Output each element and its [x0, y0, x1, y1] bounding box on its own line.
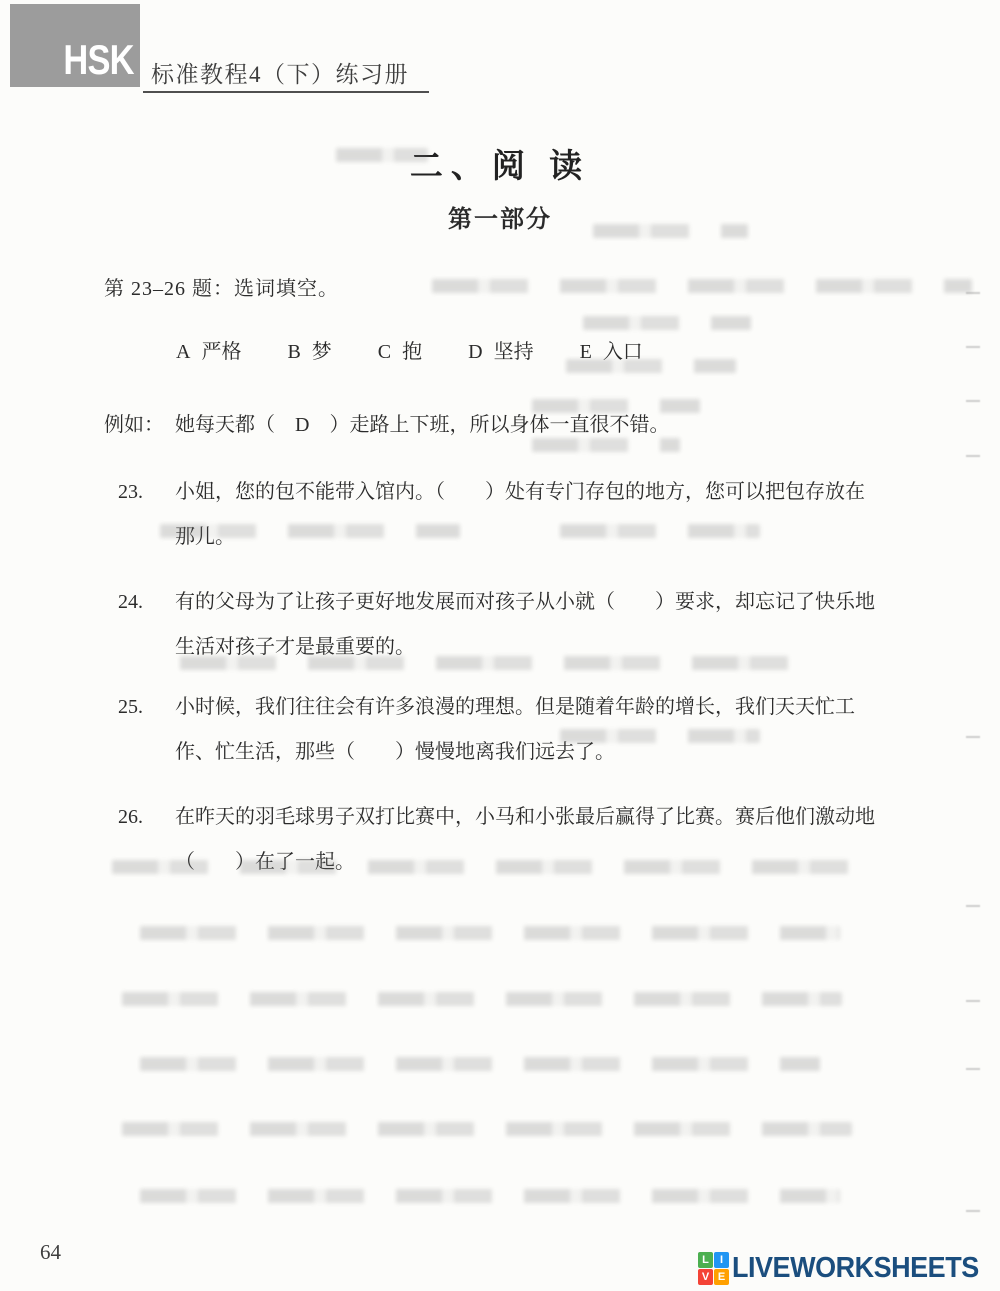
- logo-block-e: E: [714, 1269, 729, 1285]
- question-26-line-1: 在昨天的羽毛球男子双打比赛中，小马和小张最后赢得了比赛。赛后他们激动地: [175, 795, 908, 840]
- question-24-line-1: 有的父母为了让孩子更好地发展而对孩子从小就（ ）要求，却忘记了快乐地: [175, 580, 908, 625]
- section-subtitle: 第一部分: [0, 199, 1000, 234]
- bleed-through-mark: [966, 736, 980, 738]
- bleed-through-row: [532, 399, 700, 413]
- bleed-through-row: [432, 279, 972, 293]
- question-25-line-1: 小时候，我们往往会有许多浪漫的理想。但是随着年龄的增长，我们天天忙工: [175, 685, 908, 730]
- bleed-through-row: [160, 524, 460, 538]
- bleed-through-row: [122, 1122, 852, 1136]
- option-d-word: 坚持: [494, 341, 534, 363]
- liveworksheets-wordmark: LIVEWORKSHEETS: [732, 1252, 979, 1285]
- bleed-through-mark: [966, 1210, 980, 1212]
- question-26-number: 26.: [118, 795, 143, 840]
- option-d: D坚持: [468, 335, 533, 364]
- option-b-letter: B: [287, 341, 300, 363]
- bleed-through-mark: [966, 905, 980, 907]
- hsk-logo: HSK: [10, 4, 140, 87]
- option-a: A严格: [176, 335, 241, 364]
- bleed-through-mark: [966, 1068, 980, 1070]
- logo-block-l: L: [698, 1252, 713, 1268]
- bleed-through-mark: [966, 400, 980, 402]
- bleed-through-row: [180, 656, 820, 670]
- page-number: 64: [40, 1240, 61, 1265]
- bleed-through-row: [140, 1189, 840, 1203]
- option-b-word: 梦: [312, 341, 332, 363]
- question-23-line-1: 小姐，您的包不能带入馆内。（ ）处有专门存包的地方，您可以把包存放在: [175, 470, 908, 515]
- bleed-through-row: [140, 926, 840, 940]
- question-23: 23. 小姐，您的包不能带入馆内。（ ）处有专门存包的地方，您可以把包存放在 那…: [118, 470, 908, 560]
- header-rule: [143, 91, 429, 93]
- option-c: C抱: [378, 335, 422, 364]
- hsk-logo-text: HSK: [64, 39, 134, 81]
- exercise-instruction: 第 23–26 题：选词填空。: [104, 272, 339, 301]
- option-c-letter: C: [378, 341, 391, 363]
- bleed-through-row: [593, 224, 748, 238]
- bleed-through-mark: [966, 346, 980, 348]
- logo-block-i: I: [714, 1252, 729, 1268]
- logo-block-v: V: [698, 1269, 713, 1285]
- question-24-number: 24.: [118, 580, 143, 625]
- option-c-word: 抱: [402, 341, 422, 363]
- worksheet-page: HSK 标准教程4（下）练习册 二、阅 读 第一部分 第 23–26 题：选词填…: [0, 0, 1000, 1291]
- bleed-through-row: [122, 992, 842, 1006]
- bleed-through-row: [112, 860, 870, 874]
- option-b: B梦: [287, 335, 331, 364]
- bleed-through-mark: [966, 292, 980, 294]
- option-a-letter: A: [176, 341, 190, 363]
- bleed-through-mark: [966, 1000, 980, 1002]
- question-25-line-2: 作、忙生活，那些（ ）慢慢地离我们远去了。: [175, 730, 908, 775]
- liveworksheets-logo[interactable]: L I V E LIVEWORKSHEETS: [698, 1252, 997, 1285]
- bleed-through-mark: [966, 455, 980, 457]
- bleed-through-row: [140, 1057, 820, 1071]
- question-25-number: 25.: [118, 685, 143, 730]
- book-title: 标准教程4（下）练习册: [151, 56, 409, 89]
- option-d-letter: D: [468, 341, 482, 363]
- liveworksheets-icon: L I V E: [698, 1252, 729, 1285]
- example-label: 例如：: [104, 408, 175, 437]
- section-title: 二、阅 读: [0, 140, 1000, 187]
- bleed-through-row: [560, 729, 760, 743]
- question-25: 25. 小时候，我们往往会有许多浪漫的理想。但是随着年龄的增长，我们天天忙工 作…: [118, 685, 908, 775]
- bleed-through-row: [583, 316, 751, 330]
- option-a-word: 严格: [201, 341, 241, 363]
- question-23-number: 23.: [118, 470, 143, 515]
- bleed-through-row: [560, 524, 760, 538]
- bleed-through-row: [532, 438, 680, 452]
- bleed-through-row: [336, 148, 428, 162]
- bleed-through-row: [566, 359, 736, 373]
